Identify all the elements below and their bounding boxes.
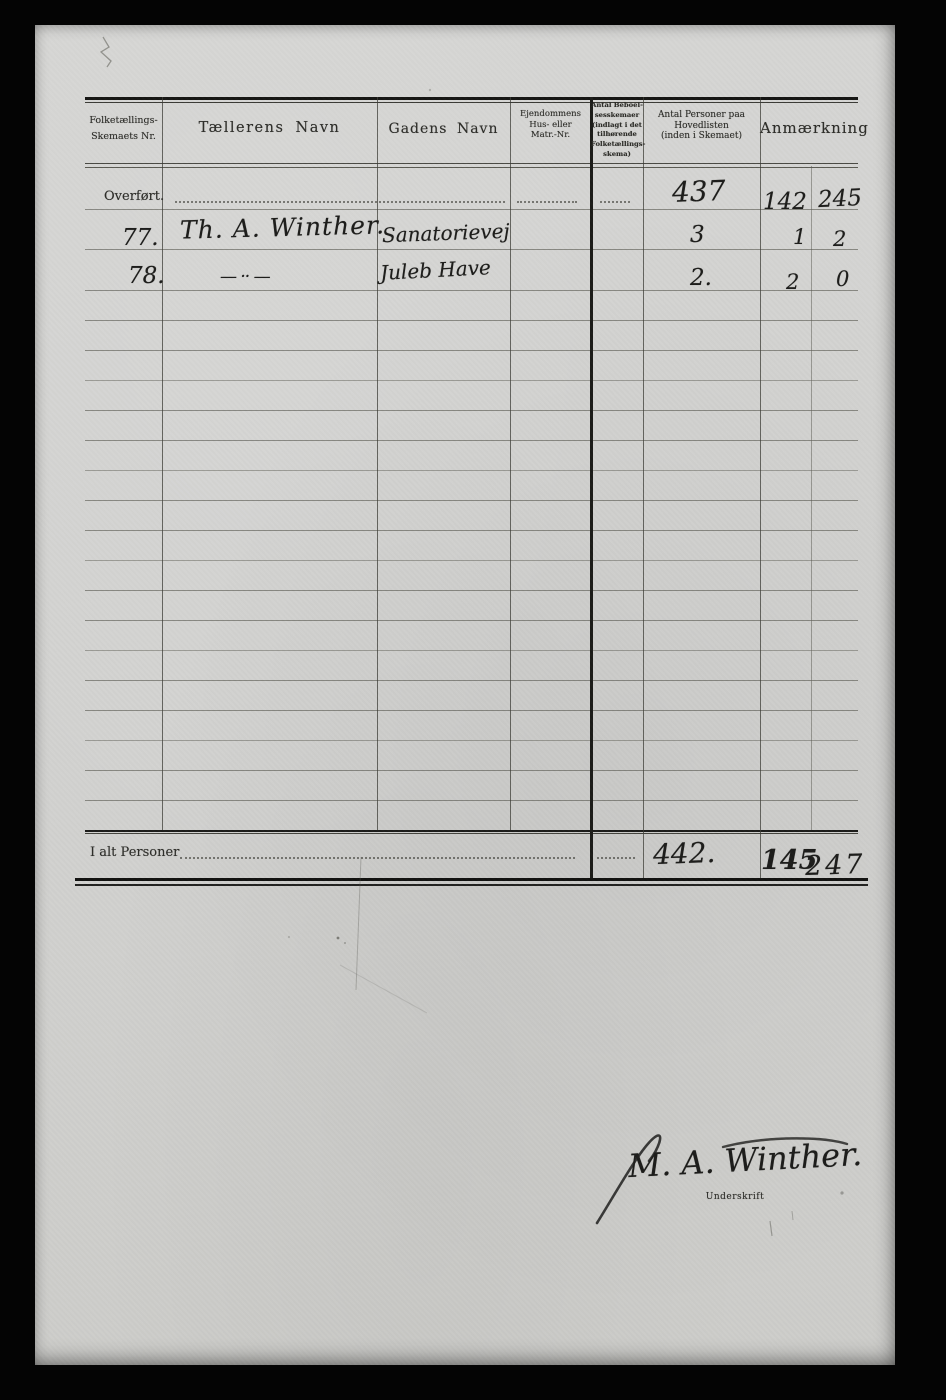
paper-sheet: Folketællings- Skemaets Nr. Tællerens Na… (35, 25, 895, 1365)
row78-nr: 78. (128, 263, 165, 289)
table-row-line (85, 710, 858, 711)
row78-anm-value-b: 0 (836, 267, 849, 291)
table-row-line (85, 380, 858, 381)
col-header-taellerens-navn: Tællerens Navn (162, 120, 377, 136)
col-header-skema-nr: Folketællings- Skemaets Nr. (85, 113, 162, 145)
col-divider-2 (377, 97, 378, 830)
table-row-line (85, 530, 858, 531)
header-bottom-rule (85, 163, 858, 164)
table-row-line (85, 800, 858, 801)
table-row-line (85, 470, 858, 471)
table-row-line (85, 249, 858, 250)
table-row-line (85, 350, 858, 351)
ink-speck (288, 936, 290, 938)
overfoert-label: Overført. (104, 189, 164, 204)
row78-personer-value: 2. (690, 265, 712, 291)
row78-gade-name: Juleb Have (379, 255, 491, 285)
overfoert-anm-value-b: 245 (817, 185, 862, 213)
stray-mark (770, 1221, 772, 1236)
table-row-line (85, 290, 858, 291)
col-header-anmaerkning: Anmærkning (760, 119, 858, 137)
overfoert-dot-leader-3 (600, 198, 630, 203)
pencil-squiggle-mark (101, 37, 111, 67)
table-bottom-border (75, 878, 868, 881)
col-divider-1 (162, 97, 163, 830)
overfoert-dot-leader-2 (517, 198, 577, 203)
row78-ditto-mark: — ·· — (220, 267, 270, 287)
total-anm-value-b: 247 (804, 849, 866, 882)
total-dot-leader (180, 854, 575, 859)
table-row-line (85, 740, 858, 741)
table-row-line (85, 560, 858, 561)
table-row-line (85, 770, 858, 771)
col-divider-3 (510, 97, 511, 830)
table-row-line (85, 650, 858, 651)
table-row-line (85, 410, 858, 411)
stray-mark (792, 1211, 793, 1220)
table-row-line (85, 209, 858, 210)
overfoert-dot-leader (175, 198, 505, 203)
overfoert-personer-value: 437 (671, 174, 726, 209)
scanned-census-page: Folketællings- Skemaets Nr. Tællerens Na… (0, 0, 946, 1400)
col-header-ejendommens: Ejendommens Hus- eller Matr.-Nr. (510, 109, 591, 141)
col-header-gadens-navn: Gadens Navn (377, 121, 510, 137)
row77-anm-value-b: 2 (833, 227, 846, 251)
ink-speck (337, 937, 340, 940)
table-top-border (85, 97, 858, 100)
anm-sub-divider (811, 166, 812, 830)
ink-speck (840, 1191, 843, 1194)
col-divider-6 (760, 97, 761, 878)
total-personer-value: 442. (652, 836, 715, 871)
row77-nr: 77. (122, 225, 159, 251)
row77-gade-name: Sanatorievej (382, 219, 510, 247)
table-row-line (85, 440, 858, 441)
header-bottom-rule2 (85, 167, 858, 168)
row77-anm-value-a: 1 (793, 225, 806, 249)
col-header-antal-personer: Antal Personer paa Hovedlisten (inden i … (643, 110, 760, 142)
signature-caption: Underskrift (675, 1192, 795, 1202)
paper-crease (356, 857, 361, 990)
table-row-line (85, 500, 858, 501)
total-dot-leader-2 (597, 854, 635, 859)
col-divider-5 (643, 97, 644, 878)
table-row-line (85, 590, 858, 591)
table-bottom-border2 (75, 884, 868, 886)
body-end-rule (85, 830, 858, 832)
table-row-line (85, 680, 858, 681)
table-top-border-inner (85, 102, 858, 103)
table-row-line (85, 620, 858, 621)
col-header-beboelsesskemaer: Antal Beboel- sesskemaer (indlagt i det … (591, 101, 643, 160)
smear-mark (340, 965, 427, 1013)
row78-anm-value-a: 2 (786, 270, 799, 294)
total-label: I alt Personer (90, 845, 179, 860)
ink-speck (429, 89, 431, 91)
row77-taeller-name: Th. A. Winther. (180, 210, 386, 244)
col-divider-4-heavy (590, 97, 593, 878)
body-end-rule2 (85, 833, 858, 834)
overfoert-anm-value-a: 142 (763, 189, 807, 215)
signature-text: M. A. Winther. (627, 1135, 863, 1185)
table-row-line (85, 320, 858, 321)
ink-speck (344, 942, 346, 944)
row77-personer-value: 3 (690, 222, 705, 248)
